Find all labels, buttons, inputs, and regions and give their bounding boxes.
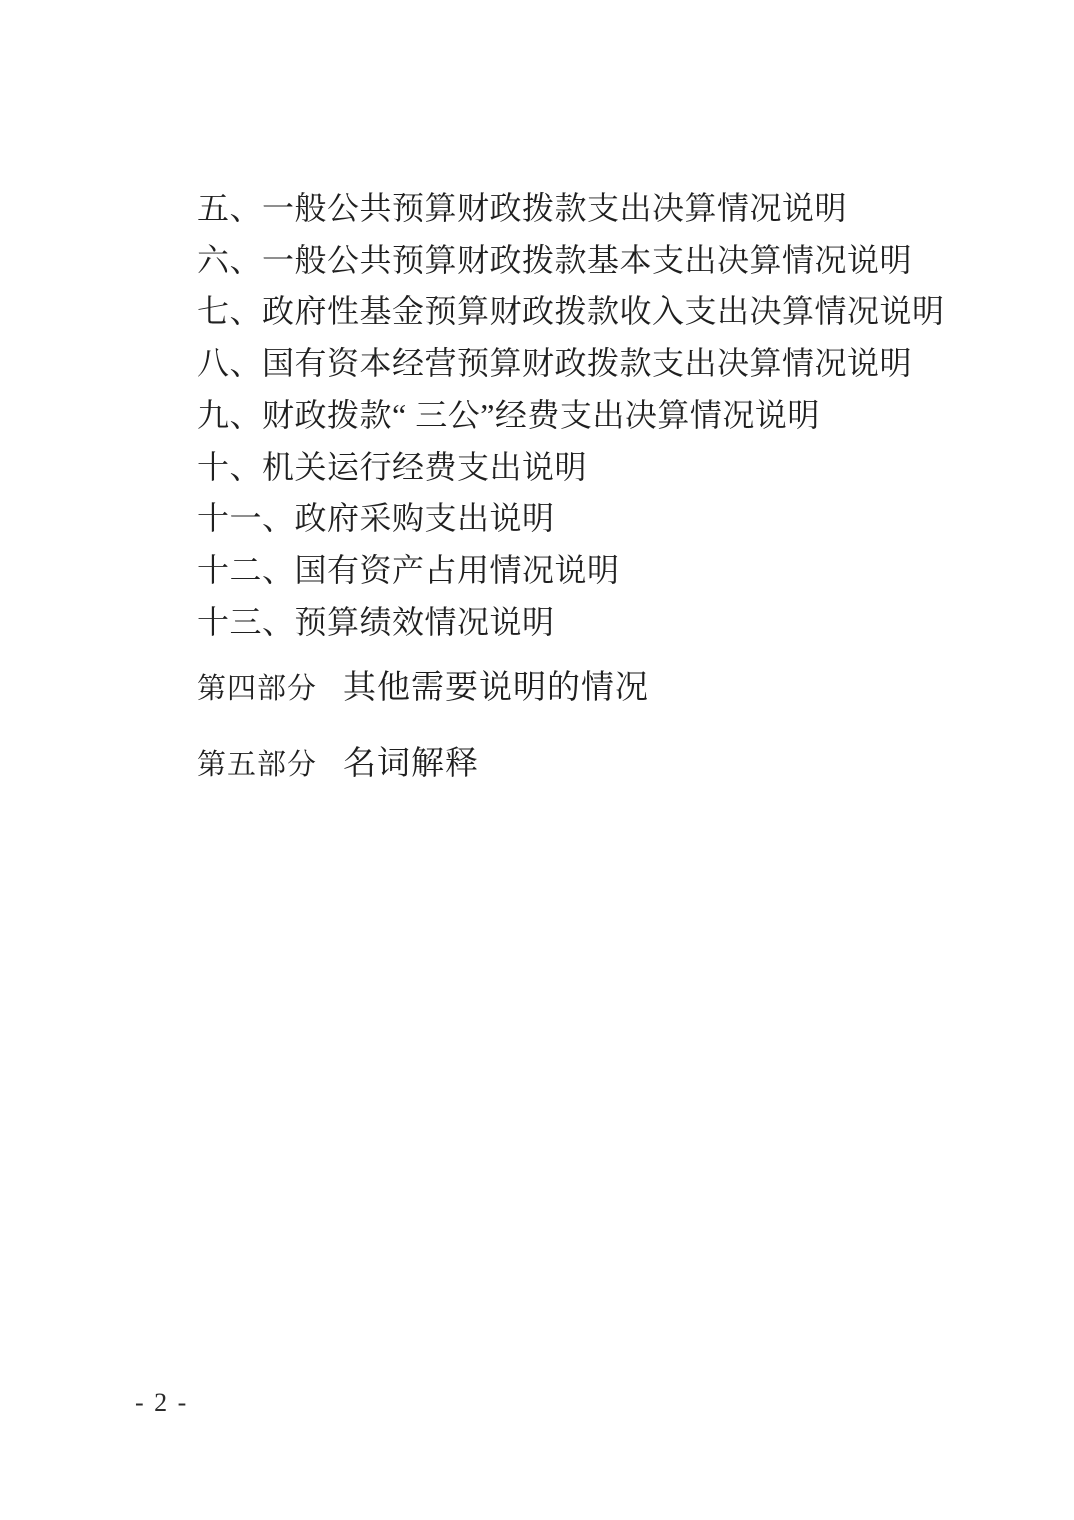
- section-part5-title: 名词解释: [343, 746, 479, 782]
- toc-item-0: 五、一般公共预算财政拨款支出决算情况说明: [197, 183, 945, 235]
- section-heading-part5: 第五部分名词解释: [197, 737, 479, 784]
- toc-item-2: 七、政府性基金预算财政拨款收入支出决算情况说明: [197, 286, 945, 338]
- toc-item-8: 十三、预算绩效情况说明: [197, 597, 945, 649]
- toc-list: 五、一般公共预算财政拨款支出决算情况说明 六、一般公共预算财政拨款基本支出决算情…: [197, 183, 945, 648]
- toc-item-6: 十一、政府采购支出说明: [197, 493, 945, 545]
- document-page: 五、一般公共预算财政拨款支出决算情况说明 六、一般公共预算财政拨款基本支出决算情…: [0, 0, 1074, 1520]
- section-part4-prefix: 第四部分: [197, 673, 317, 705]
- toc-item-5: 十、机关运行经费支出说明: [197, 442, 945, 494]
- toc-item-4: 九、财政拨款“ 三公”经费支出决算情况说明: [197, 390, 945, 442]
- page-number: - 2 -: [135, 1388, 188, 1418]
- toc-item-7: 十二、国有资产占用情况说明: [197, 545, 945, 597]
- toc-item-1: 六、一般公共预算财政拨款基本支出决算情况说明: [197, 235, 945, 287]
- toc-item-3: 八、国有资本经营预算财政拨款支出决算情况说明: [197, 338, 945, 390]
- section-heading-part4: 第四部分其他需要说明的情况: [197, 661, 649, 708]
- section-part5-prefix: 第五部分: [197, 749, 317, 781]
- section-part4-title: 其他需要说明的情况: [343, 670, 649, 706]
